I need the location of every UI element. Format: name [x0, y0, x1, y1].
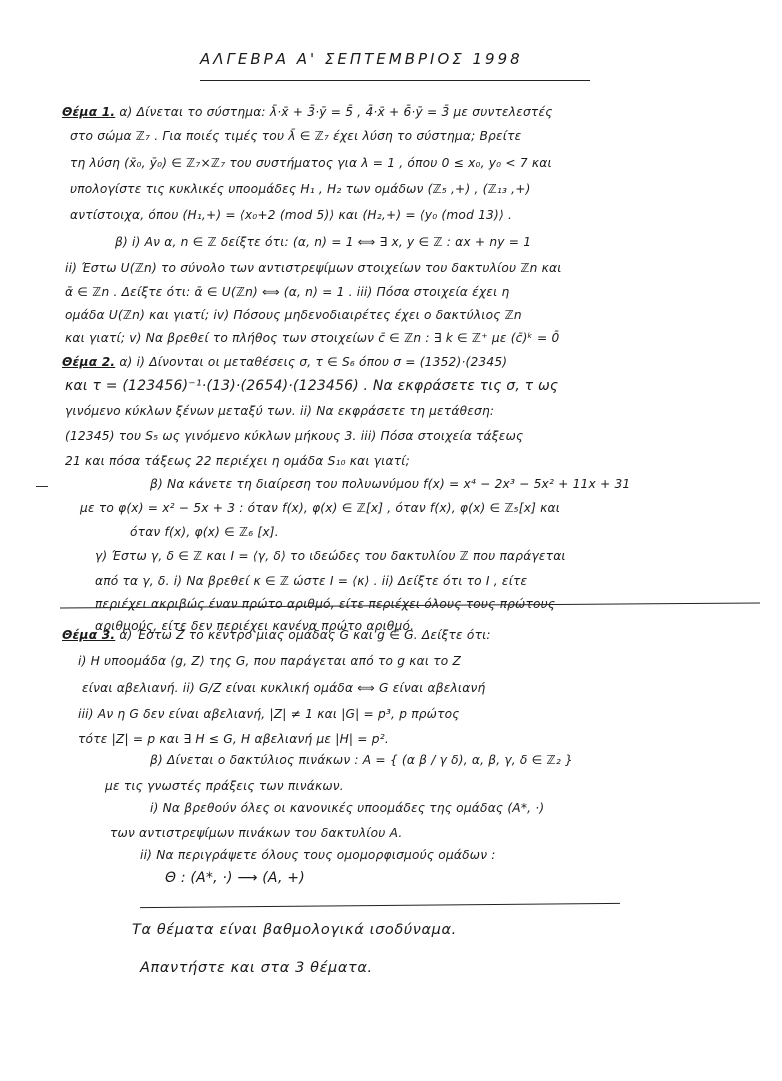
- theme3-line-2: i) Η υποομάδα ⟨g, Z⟩ της G, που παράγετα…: [78, 653, 461, 669]
- theme2-line-6: β) Να κάνετε τη διαίρεση του πολυωνύμου …: [150, 476, 630, 492]
- title-underline: [200, 80, 590, 81]
- theme1-line-2: στο σώμα ℤ₇ . Για ποιές τιμές του λ̄ ∈ ℤ…: [70, 128, 521, 144]
- exam-page: ΑΛΓΕΒΡΑ Α' ΣΕΠΤΕΜΒΡΙΟΣ 1998 Θέμα 1. α) Δ…: [0, 0, 782, 1081]
- theme3-line-10: ii) Να περιγράψετε όλους τους ομομορφισμ…: [140, 847, 496, 863]
- footer-note-2: Απαντήστε και στα 3 θέματα.: [140, 960, 373, 976]
- theme3-line-8: i) Να βρεθούν όλες οι κανονικές υποομάδε…: [150, 800, 544, 816]
- footer-divider: [140, 903, 620, 908]
- theme2-heading: Θέμα 2.: [62, 355, 115, 369]
- footer-note-1: Τα θέματα είναι βαθμολογικά ισοδύναμα.: [132, 922, 457, 938]
- theme3-line-11: Θ : (A*, ·) ⟶ (A, +): [165, 870, 305, 886]
- theme1-line-3: τη λύση (x̄₀, ȳ₀) ∈ ℤ₇×ℤ₇ του συστήματος…: [70, 155, 552, 171]
- theme1-line-8: ᾱ ∈ ℤn . Δείξτε ότι: ᾱ ∈ U(ℤn) ⟺ (α, n) …: [65, 284, 509, 300]
- theme1-line-9: ομάδα U(ℤn) και γιατί; iv) Πόσους μηδενο…: [65, 307, 522, 323]
- theme2-line-8: όταν f(x), φ(x) ∈ ℤ₆ [x].: [130, 524, 279, 540]
- theme2-line-10: από τα γ, δ. i) Να βρεθεί κ ∈ ℤ ώστε I =…: [95, 573, 527, 589]
- theme2-line-5: 21 και πόσα τάξεως 22 περιέχει η ομάδα S…: [65, 453, 410, 469]
- theme1-line-10: και γιατί; v) Να βρεθεί το πλήθος των στ…: [65, 330, 559, 346]
- theme1-heading: Θέμα 1.: [62, 105, 115, 119]
- theme3-line-3: είναι αβελιανή. ii) G/Z είναι κυκλική ομ…: [82, 680, 485, 696]
- theme3-line-7: με τις γνωστές πράξεις των πινάκων.: [105, 778, 344, 794]
- theme3-line-5: τότε |Z| = p και ∃ H ≤ G, Η αβελιανή με …: [78, 731, 389, 747]
- theme1-line-6: β) i) Αν α, n ∈ ℤ δείξτε ότι: (α, n) = 1…: [115, 234, 531, 250]
- theme3-line-9: των αντιστρεψίμων πινάκων του δακτυλίου …: [110, 825, 402, 841]
- theme3-heading: Θέμα 3.: [62, 628, 115, 642]
- theme2-line-2: και τ = (123456)⁻¹·(13)·(2654)·(123456) …: [65, 378, 558, 394]
- theme1-line-4: υπολογίστε τις κυκλικές υποομάδες H₁ , H…: [70, 181, 531, 197]
- theme1-line-1: Θέμα 1. α) Δίνεται το σύστημα: λ̄·x̄ + 3…: [62, 104, 553, 120]
- theme3-line-4: iii) Αν η G δεν είναι αβελιανή, |Z| ≠ 1 …: [78, 706, 460, 722]
- theme2-line-9: γ) Έστω γ, δ ∈ ℤ και I = ⟨γ, δ⟩ το ιδεώδ…: [95, 548, 566, 564]
- theme1-line-5: αντίστοιχα, όπου (H₁,+) = ⟨x₀+2 (mod 5)⟩…: [70, 207, 512, 223]
- exam-title: ΑΛΓΕΒΡΑ Α' ΣΕΠΤΕΜΒΡΙΟΣ 1998: [200, 50, 523, 68]
- theme1-line-7: ii) Έστω U(ℤn) το σύνολο των αντιστρεψίμ…: [65, 260, 562, 276]
- theme3-line-1: Θέμα 3. α) Έστω Z το κέντρο μιας ομάδας …: [62, 627, 491, 643]
- margin-dash: [36, 486, 48, 487]
- theme2-line-3: γινόμενο κύκλων ξένων μεταξύ των. ii) Να…: [65, 403, 494, 419]
- theme3-line-6: β) Δίνεται ο δακτύλιος πινάκων : A = { (…: [150, 752, 573, 768]
- theme2-line-4: (12345) του S₅ ως γινόμενο κύκλων μήκους…: [65, 428, 523, 444]
- theme2-line-1: Θέμα 2. α) i) Δίνονται οι μεταθέσεις σ, …: [62, 354, 507, 370]
- theme2-line-7: με το φ(x) = x² − 5x + 3 : όταν f(x), φ(…: [80, 500, 560, 516]
